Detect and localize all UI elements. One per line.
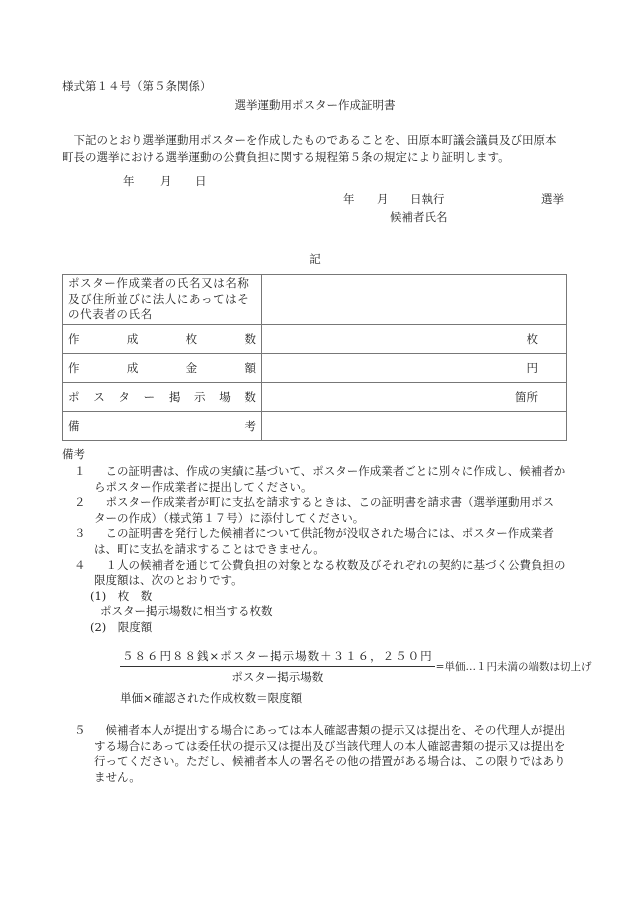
note-item-5: ５ 候補者本人が提出する場合にあっては本人確認書類の提示又は提出を、その代理人が… — [74, 723, 574, 785]
formula-fraction: ５８６円８８銭×ポスター掲示場数＋３１６，２５０円 ポスター掲示場数 — [120, 648, 435, 685]
maker-label: ポスター作成業者の氏名又は名称 及び住所並びに法人にあってはそ の代表者の氏名 — [63, 275, 262, 325]
intro-paragraph: 下記のとおり選挙運動用ポスターを作成したものであることを、田原本町議会議員及び田… — [62, 132, 572, 166]
remarks-value-field[interactable] — [262, 412, 567, 441]
note-item-3: ３ この証明書を発行した候補者について供託物が没収された場合には、ポスター作成業… — [74, 526, 574, 557]
issue-date-year[interactable]: 年 — [123, 176, 135, 188]
issue-date-month[interactable]: 月 — [160, 176, 172, 188]
issue-date-day[interactable]: 日 — [195, 176, 207, 188]
note-item-4: ４ １人の候補者を通じて公費負担の対象となる枚数及びそれぞれの契約に基づく公費負… — [74, 558, 574, 589]
boards-label: ポ ス タ ー 掲 示 場 数 — [63, 383, 262, 412]
notes-heading: 備考 — [62, 449, 85, 461]
maker-value-field[interactable] — [262, 275, 567, 325]
document-title: 選挙運動用ポスター作成証明書 — [0, 100, 630, 112]
table-row-maker: ポスター作成業者の氏名又は名称 及び住所並びに法人にあってはそ の代表者の氏名 — [63, 275, 567, 325]
intro-line-2: 町長の選挙における選挙運動の公費負担に関する規程第５条の規定により証明します。 — [62, 149, 572, 166]
boards-value-field[interactable]: 箇所 — [262, 383, 567, 412]
amount-label: 作 成 金 額 — [63, 354, 262, 383]
intro-line-1: 下記のとおり選挙運動用ポスターを作成したものであることを、田原本町議会議員及び田… — [62, 132, 572, 149]
count-label: 作 成 枚 数 — [63, 325, 262, 354]
count-value-field[interactable]: 枚 — [262, 325, 567, 354]
election-year[interactable]: 年 — [343, 194, 355, 206]
table-row-remarks: 備 考 — [63, 412, 567, 441]
unit-price-formula: ５８６円８８銭×ポスター掲示場数＋３１６，２５０円 ポスター掲示場数 =単価…１… — [120, 648, 591, 685]
amount-unit: 円 — [527, 361, 539, 375]
boards-unit: 箇所 — [515, 390, 538, 404]
note-item-1: １ この証明書は、作成の実績に基づいて、ポスター作成業者ごとに別々に作成し、候補… — [74, 464, 574, 495]
table-row-boards: ポ ス タ ー 掲 示 場 数 箇所 — [63, 383, 567, 412]
remarks-label: 備 考 — [63, 412, 262, 441]
form-number: 様式第１４号（第５条関係） — [62, 81, 212, 93]
table-row-count: 作 成 枚 数 枚 — [63, 325, 567, 354]
sub-item-2-label: (2) 限度額 — [74, 620, 574, 636]
election-name[interactable]: 選挙 — [541, 194, 564, 206]
count-unit: 枚 — [527, 332, 539, 346]
sub-item-1-text: ポスター掲示場数に相当する枚数 — [74, 604, 574, 620]
certificate-table: ポスター作成業者の氏名又は名称 及び住所並びに法人にあってはそ の代表者の氏名 … — [62, 274, 567, 441]
formula-numerator: ５８６円８８銭×ポスター掲示場数＋３１６，２５０円 — [120, 648, 435, 667]
election-day-execution[interactable]: 日執行 — [410, 194, 445, 206]
candidate-name-label[interactable]: 候補者氏名 — [390, 212, 448, 224]
ki-heading: 記 — [0, 254, 630, 266]
amount-value-field[interactable]: 円 — [262, 354, 567, 383]
table-row-amount: 作 成 金 額 円 — [63, 354, 567, 383]
note-item-2: ２ ポスター作成業者が町に支払を請求するときは、この証明書を請求書（選挙運動用ポ… — [74, 495, 574, 526]
election-month[interactable]: 月 — [377, 194, 389, 206]
notes-list: １ この証明書は、作成の実績に基づいて、ポスター作成業者ごとに別々に作成し、候補… — [74, 464, 574, 636]
formula-denominator: ポスター掲示場数 — [231, 667, 323, 685]
limit-formula: 単価×確認された作成枚数＝限度額 — [120, 693, 302, 705]
sub-item-1-label: (1) 枚 数 — [74, 589, 574, 605]
formula-result: =単価…１円未満の端数は切上げ — [436, 659, 592, 674]
